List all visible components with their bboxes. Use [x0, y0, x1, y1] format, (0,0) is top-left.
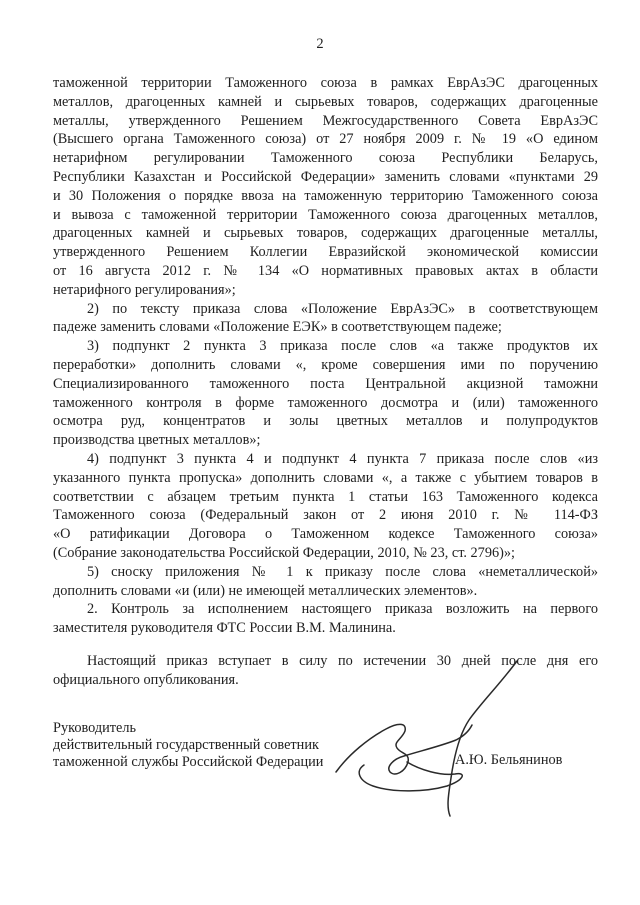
text-line: Республики Казахстан и Российской Федера…	[53, 168, 598, 187]
text-line: дополнить словами «и (или) не имеющей ме…	[53, 582, 598, 601]
text-line: нетарифном регулировании Таможенного сою…	[53, 149, 598, 168]
document-body: таможенной территории Таможенного союза …	[53, 74, 598, 690]
paragraph-2: 2) по тексту приказа слова «Положение Ев…	[53, 300, 598, 338]
document-page: 2 таможенной территории Таможенного союз…	[0, 0, 640, 905]
paragraph-1: таможенной территории Таможенного союза …	[53, 74, 598, 300]
text-line: официального опубликования.	[53, 671, 598, 690]
text-line: 5) сноску приложения № 1 к приказу после…	[53, 563, 598, 582]
text-line: «О ратификации Договора о Таможенном код…	[53, 525, 598, 544]
text-line: 2. Контроль за исполнением настоящего пр…	[53, 600, 598, 619]
text-line: соответствии с абзацем третьим пункта 1 …	[53, 488, 598, 507]
text-line: переработки» дополнить словами «, кроме …	[53, 356, 598, 375]
signer-title-block: Руководительдействительный государственн…	[53, 720, 393, 771]
text-line: указанного пункта пропуска» дополнить сл…	[53, 469, 598, 488]
text-line: Таможенного союза (Федеральный закон от …	[53, 506, 598, 525]
text-line: 4) подпункт 3 пункта 4 и подпункт 4 пунк…	[53, 450, 598, 469]
text-line: драгоценных камней и сырьевых товаров, с…	[53, 224, 598, 243]
text-line: (Собрание законодательства Российской Фе…	[53, 544, 598, 563]
paragraph-5: 5) сноску приложения № 1 к приказу после…	[53, 563, 598, 601]
paragraph-6: 2. Контроль за исполнением настоящего пр…	[53, 600, 598, 638]
signer-title-line: Руководитель	[53, 720, 393, 737]
text-line: металлов, драгоценных камней и сырьевых …	[53, 93, 598, 112]
text-line: (Высшего органа Таможенного союза) от 27…	[53, 130, 598, 149]
text-line: от 16 августа 2012 г. № 134 «О нормативн…	[53, 262, 598, 281]
text-line: заместителя руководителя ФТС России В.М.…	[53, 619, 598, 638]
text-line: и вывоза с таможенной территории Таможен…	[53, 206, 598, 225]
text-line: падеже заменить словами «Положение ЕЭК» …	[53, 318, 598, 337]
text-line: осмотра руд, концентратов и золы цветных…	[53, 412, 598, 431]
paragraph-7: Настоящий приказ вступает в силу по исте…	[53, 652, 598, 690]
text-line: и 30 Положения о порядке ввоза на таможе…	[53, 187, 598, 206]
text-line: Специализированного таможенного поста Це…	[53, 375, 598, 394]
paragraph-3: 3) подпункт 2 пункта 3 приказа после сло…	[53, 337, 598, 450]
text-line: металлы, утвержденного Решением Межгосуд…	[53, 112, 598, 131]
paragraph-4: 4) подпункт 3 пункта 4 и подпункт 4 пунк…	[53, 450, 598, 563]
page-number: 2	[0, 36, 640, 53]
text-line: таможенной территории Таможенного союза …	[53, 74, 598, 93]
text-line: утвержденного Решением Коллегии Евразийс…	[53, 243, 598, 262]
signer-title-line: таможенной службы Российской Федерации	[53, 754, 393, 771]
text-line: 3) подпункт 2 пункта 3 приказа после сло…	[53, 337, 598, 356]
text-line: нетарифного регулирования»;	[53, 281, 598, 300]
signer-name: А.Ю. Бельянинов	[455, 752, 562, 769]
text-line: Настоящий приказ вступает в силу по исте…	[53, 652, 598, 671]
text-line: 2) по тексту приказа слова «Положение Ев…	[53, 300, 598, 319]
text-line: таможенного контроля в форме таможенного…	[53, 394, 598, 413]
signer-title-line: действительный государственный советник	[53, 737, 393, 754]
text-line: производства цветных металлов»;	[53, 431, 598, 450]
